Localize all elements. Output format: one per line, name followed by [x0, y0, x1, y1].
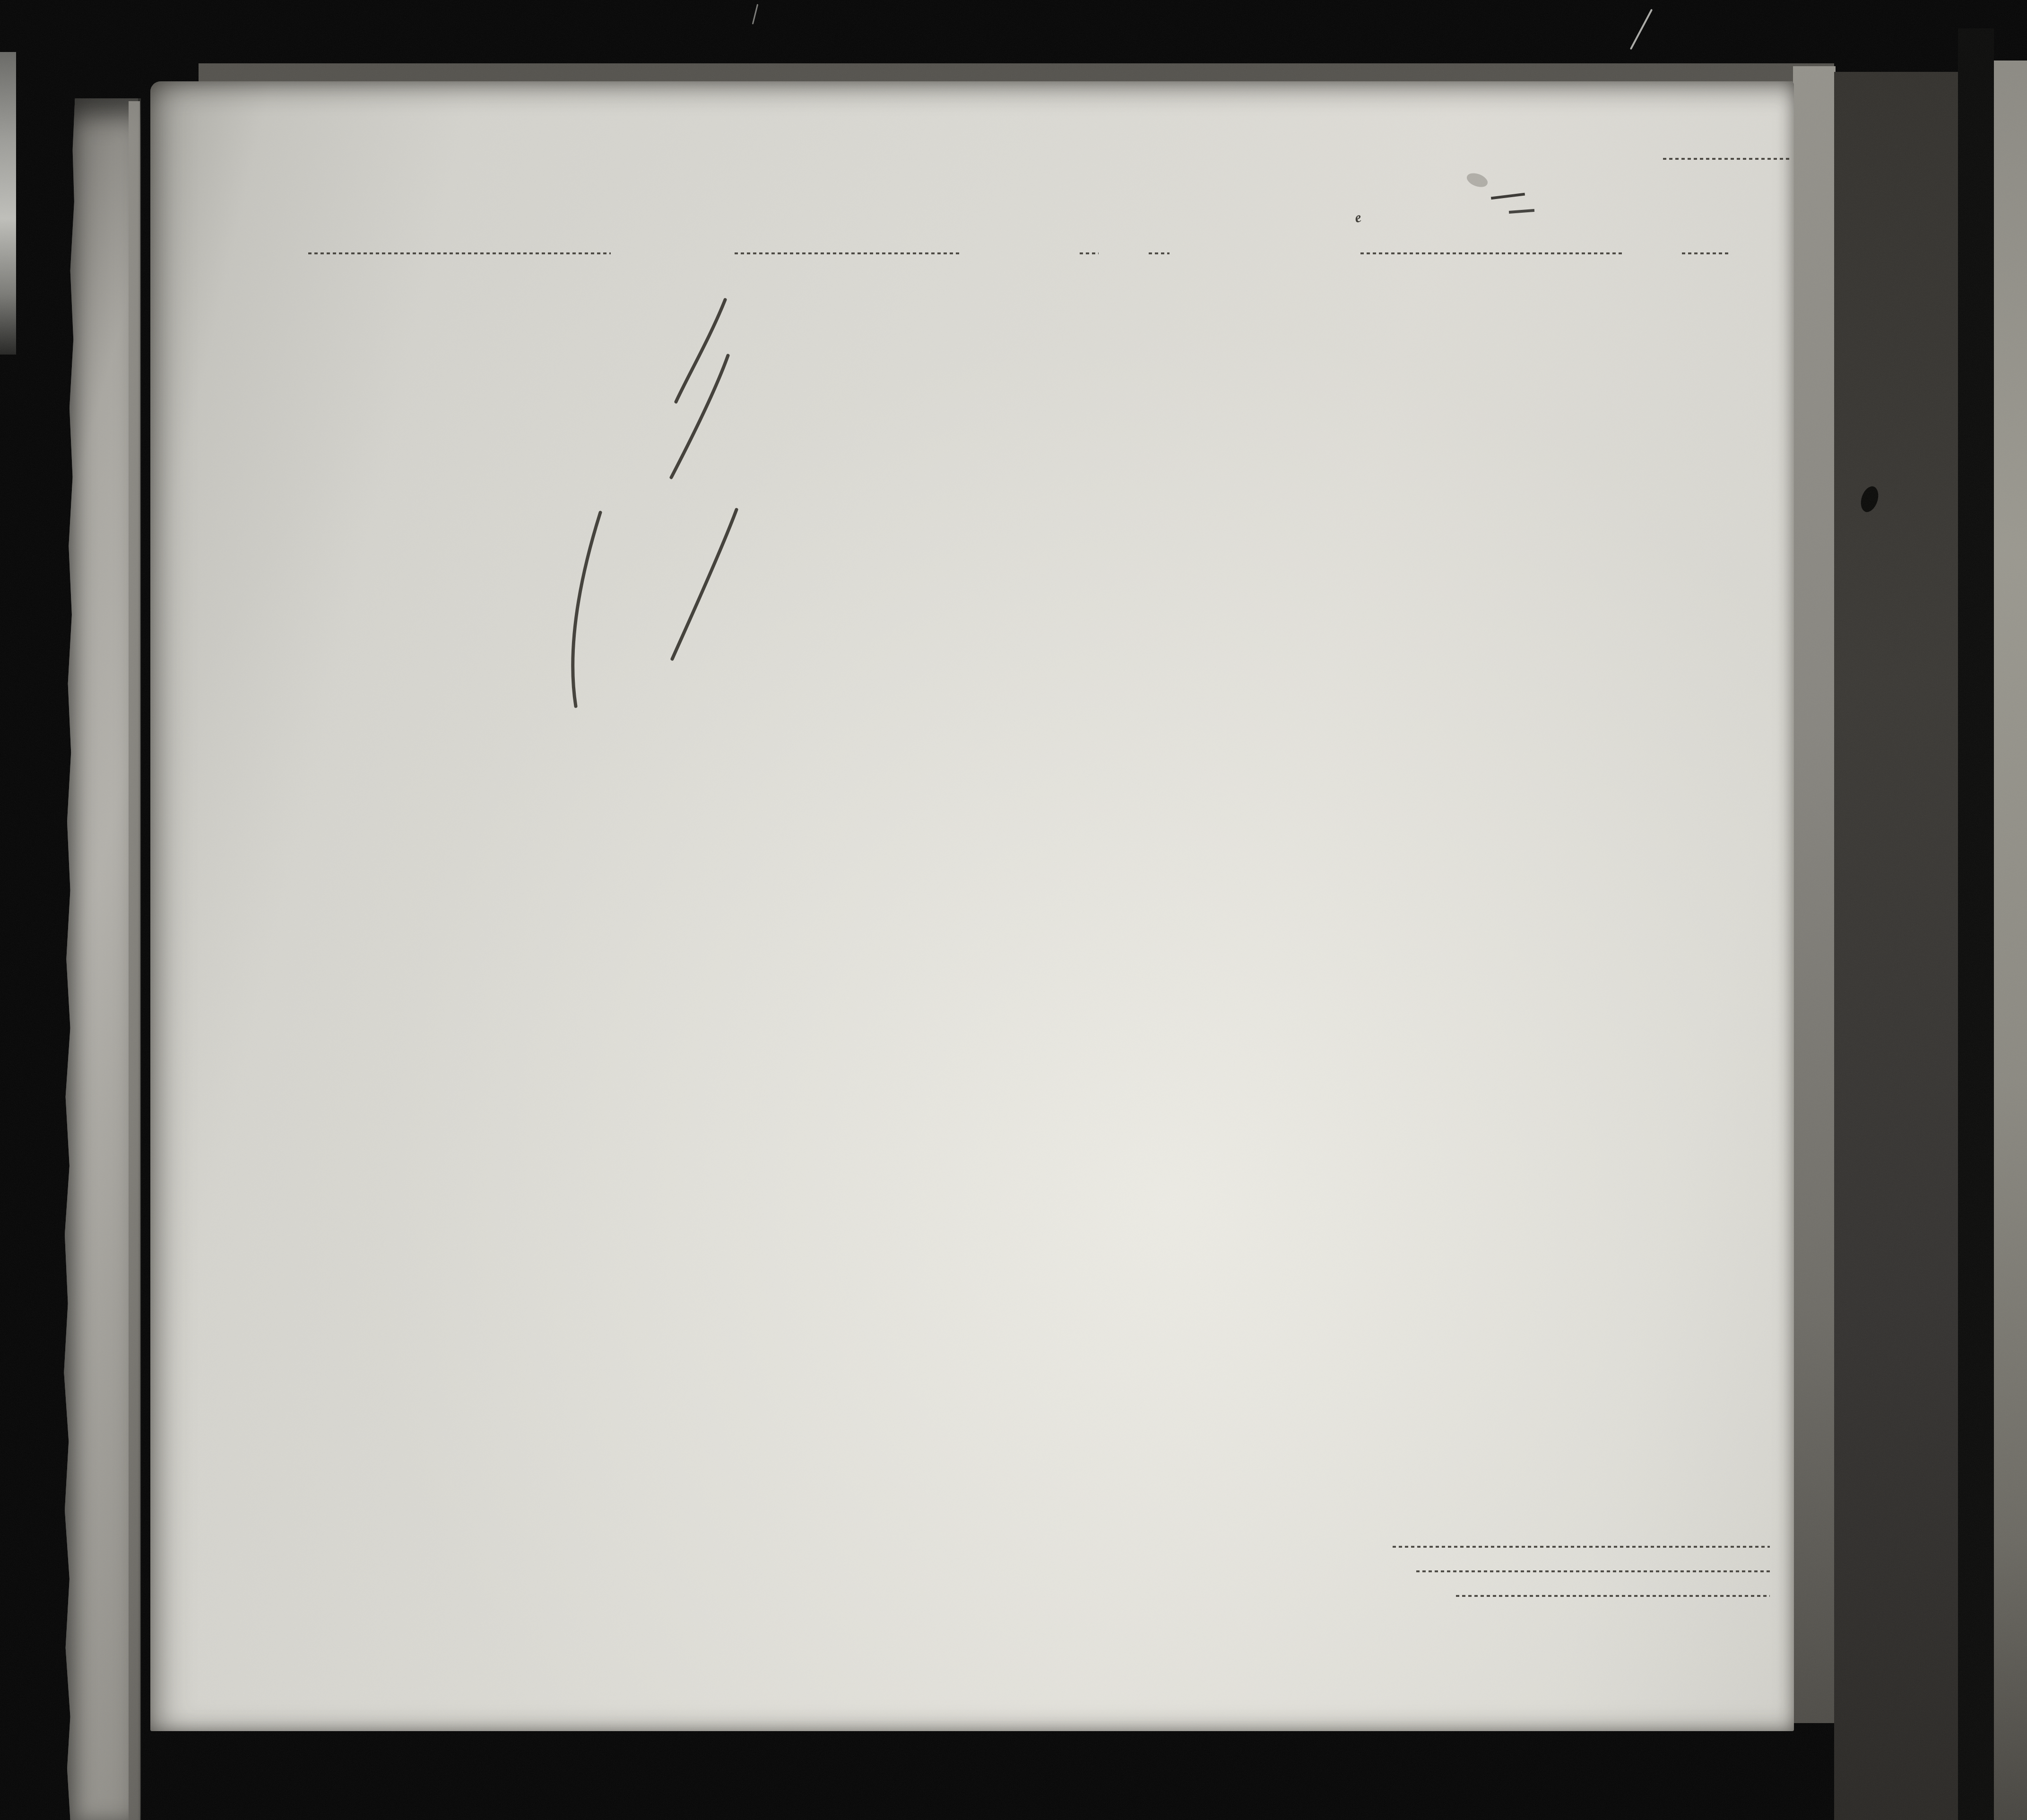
- document-page: e: [150, 81, 1794, 1731]
- important-notice: [135, 75, 1794, 1741]
- film-scratch: [1630, 9, 1653, 50]
- film-black-band: [1958, 28, 1994, 1820]
- behind-sheet-right-edge: [1793, 66, 1836, 1723]
- film-dark-band: [1834, 72, 1958, 1820]
- film-edge-blotch: [0, 52, 16, 355]
- film-scratch: [752, 4, 759, 24]
- microfilm-scan: { "film": { "plate_letter_left": "D", "p…: [0, 0, 2027, 1820]
- film-right-edge: [1994, 61, 2027, 1820]
